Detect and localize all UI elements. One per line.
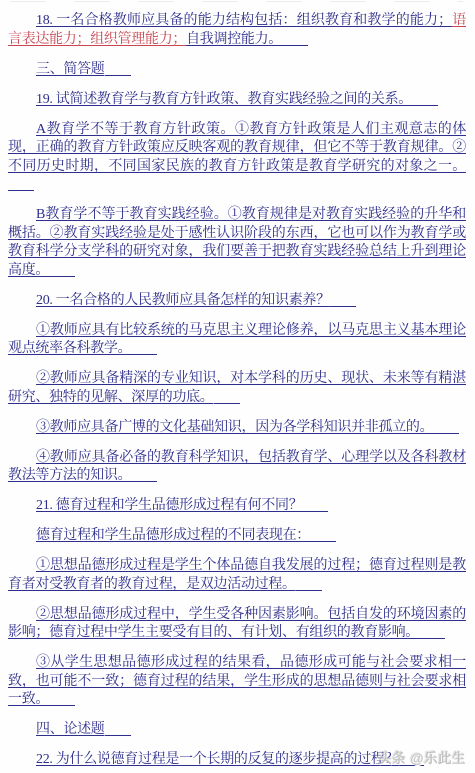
text-segment: 三、简答题 [36,62,105,77]
answer: B教育学不等于教育实践经验。①教育规律是对教育实践经验的升华和概括。②教育实践经… [8,206,466,280]
trailing-underline [8,180,34,191]
answer: ①教师应具有比较系统的马克思主义理论修养，以马克思主义基本理论观点统率各科教学。 [8,322,466,359]
section-heading: 四、论述题 [8,721,466,740]
answer: ③教师应具备广博的文化基础知识，因为各学科知识并非孤立的。 [8,419,466,438]
text-segment: 18. 一名合格教师应具备的能力结构包括：组织教育和教学的能力； [36,13,452,28]
question-item: 20. 一名合格的人民教师应具备怎样的知识素养？ [8,292,466,311]
text-segment: ①思想品德形成过程是学生个体品德自我发展的过程；德育过程则是教育者对受教育者的教… [8,558,466,592]
trailing-underline [214,393,240,404]
text-segment: B教育学不等于教育实践经验。①教育规律是对教育实践经验的升华和概括。②教育实践经… [8,207,466,278]
trailing-underline [131,471,157,482]
trailing-underline [310,531,336,542]
text-segment: 德育过程和学生品德形成过程的不同表现在： [36,528,310,543]
trailing-underline [412,95,438,106]
text-segment: 20. 一名合格的人民教师应具备怎样的知识素养？ [36,293,330,308]
watermark: 头条 @乐此生 [378,747,466,767]
trailing-underline [49,266,75,277]
text-segment: ①教师应具有比较系统的马克思主义理论修养，以马克思主义基本理论观点统率各科教学。 [8,323,466,357]
answer: ④教师应具备必备的教育科学知识，包括教育学、心理学以及各科教材教法等方法的知识。 [8,449,466,486]
document-body: 18. 一名合格教师应具备的能力结构包括：组织教育和教学的能力；语言表达能力；组… [0,0,475,773]
text-segment: ②思想品德形成过程中，学生受各种因素影响。包括自发的环境因素的影响；德育过程中学… [8,607,466,641]
answer: ②思想品德形成过程中，学生受各种因素影响。包括自发的环境因素的影响；德育过程中学… [8,606,466,643]
question-item: 19. 试简述教育学与教育方针政策、教育实践经验之间的关系。 [8,91,466,110]
trailing-underline [419,628,445,639]
text-segment: 22. 为什么说德育过程是一个长期的反复的逐步提高的过程？ [36,752,398,767]
trailing-underline [105,65,131,76]
answer: ②教师应具备精深的专业知识，对本学科的历史、现状、未来等有精湛研究、独特的见解、… [8,370,466,407]
document-page: 18. 一名合格教师应具备的能力结构包括：组织教育和教学的能力；语言表达能力；组… [0,0,475,773]
trailing-underline [433,423,459,434]
question-item: 21. 德育过程和学生品德形成过程有何不同？ [8,497,466,516]
watermark-text: 头条 @乐此生 [378,751,466,766]
trailing-underline [296,580,322,591]
text-segment: ③教师应具备广博的文化基础知识，因为各学科知识并非孤立的。 [36,420,433,435]
text-segment: ④教师应具备必备的教育科学知识，包括教育学、心理学以及各科教材教法等方法的知识。 [8,450,466,484]
trailing-underline [105,725,131,736]
text-segment: 自我调控能力。 [186,32,282,47]
text-segment: 19. 试简述教育学与教育方针政策、教育实践经验之间的关系。 [36,92,412,107]
answer: 德育过程和学生品德形成过程的不同表现在： [8,527,466,546]
text-segment: 四、论述题 [36,722,105,737]
answer: ①思想品德形成过程是学生个体品德自我发展的过程；德育过程则是教育者对受教育者的教… [8,557,466,594]
trailing-underline [49,695,75,706]
text-segment: ③从学生思想品德形成过程的结果看，品德形成可能与社会要求相一致，也可能不一致；德… [8,655,466,707]
text-segment: 21. 德育过程和学生品德形成过程有何不同？ [36,498,302,513]
trailing-underline [282,35,308,46]
answer: ③从学生思想品德形成过程的结果看，品德形成可能与社会要求相一致，也可能不一致；德… [8,654,466,710]
trailing-underline [330,296,356,307]
trailing-underline [302,501,328,512]
section-heading: 三、简答题 [8,61,466,80]
trailing-underline [131,344,157,355]
text-segment: A教育学不等于教育方针政策。①教育方针政策是人们主观意志的体现，正确的教育方针政… [8,122,466,174]
question-item: 18. 一名合格教师应具备的能力结构包括：组织教育和教学的能力；语言表达能力；组… [8,12,466,49]
answer: A教育学不等于教育方针政策。①教育方针政策是人们主观意志的体现，正确的教育方针政… [8,121,466,195]
